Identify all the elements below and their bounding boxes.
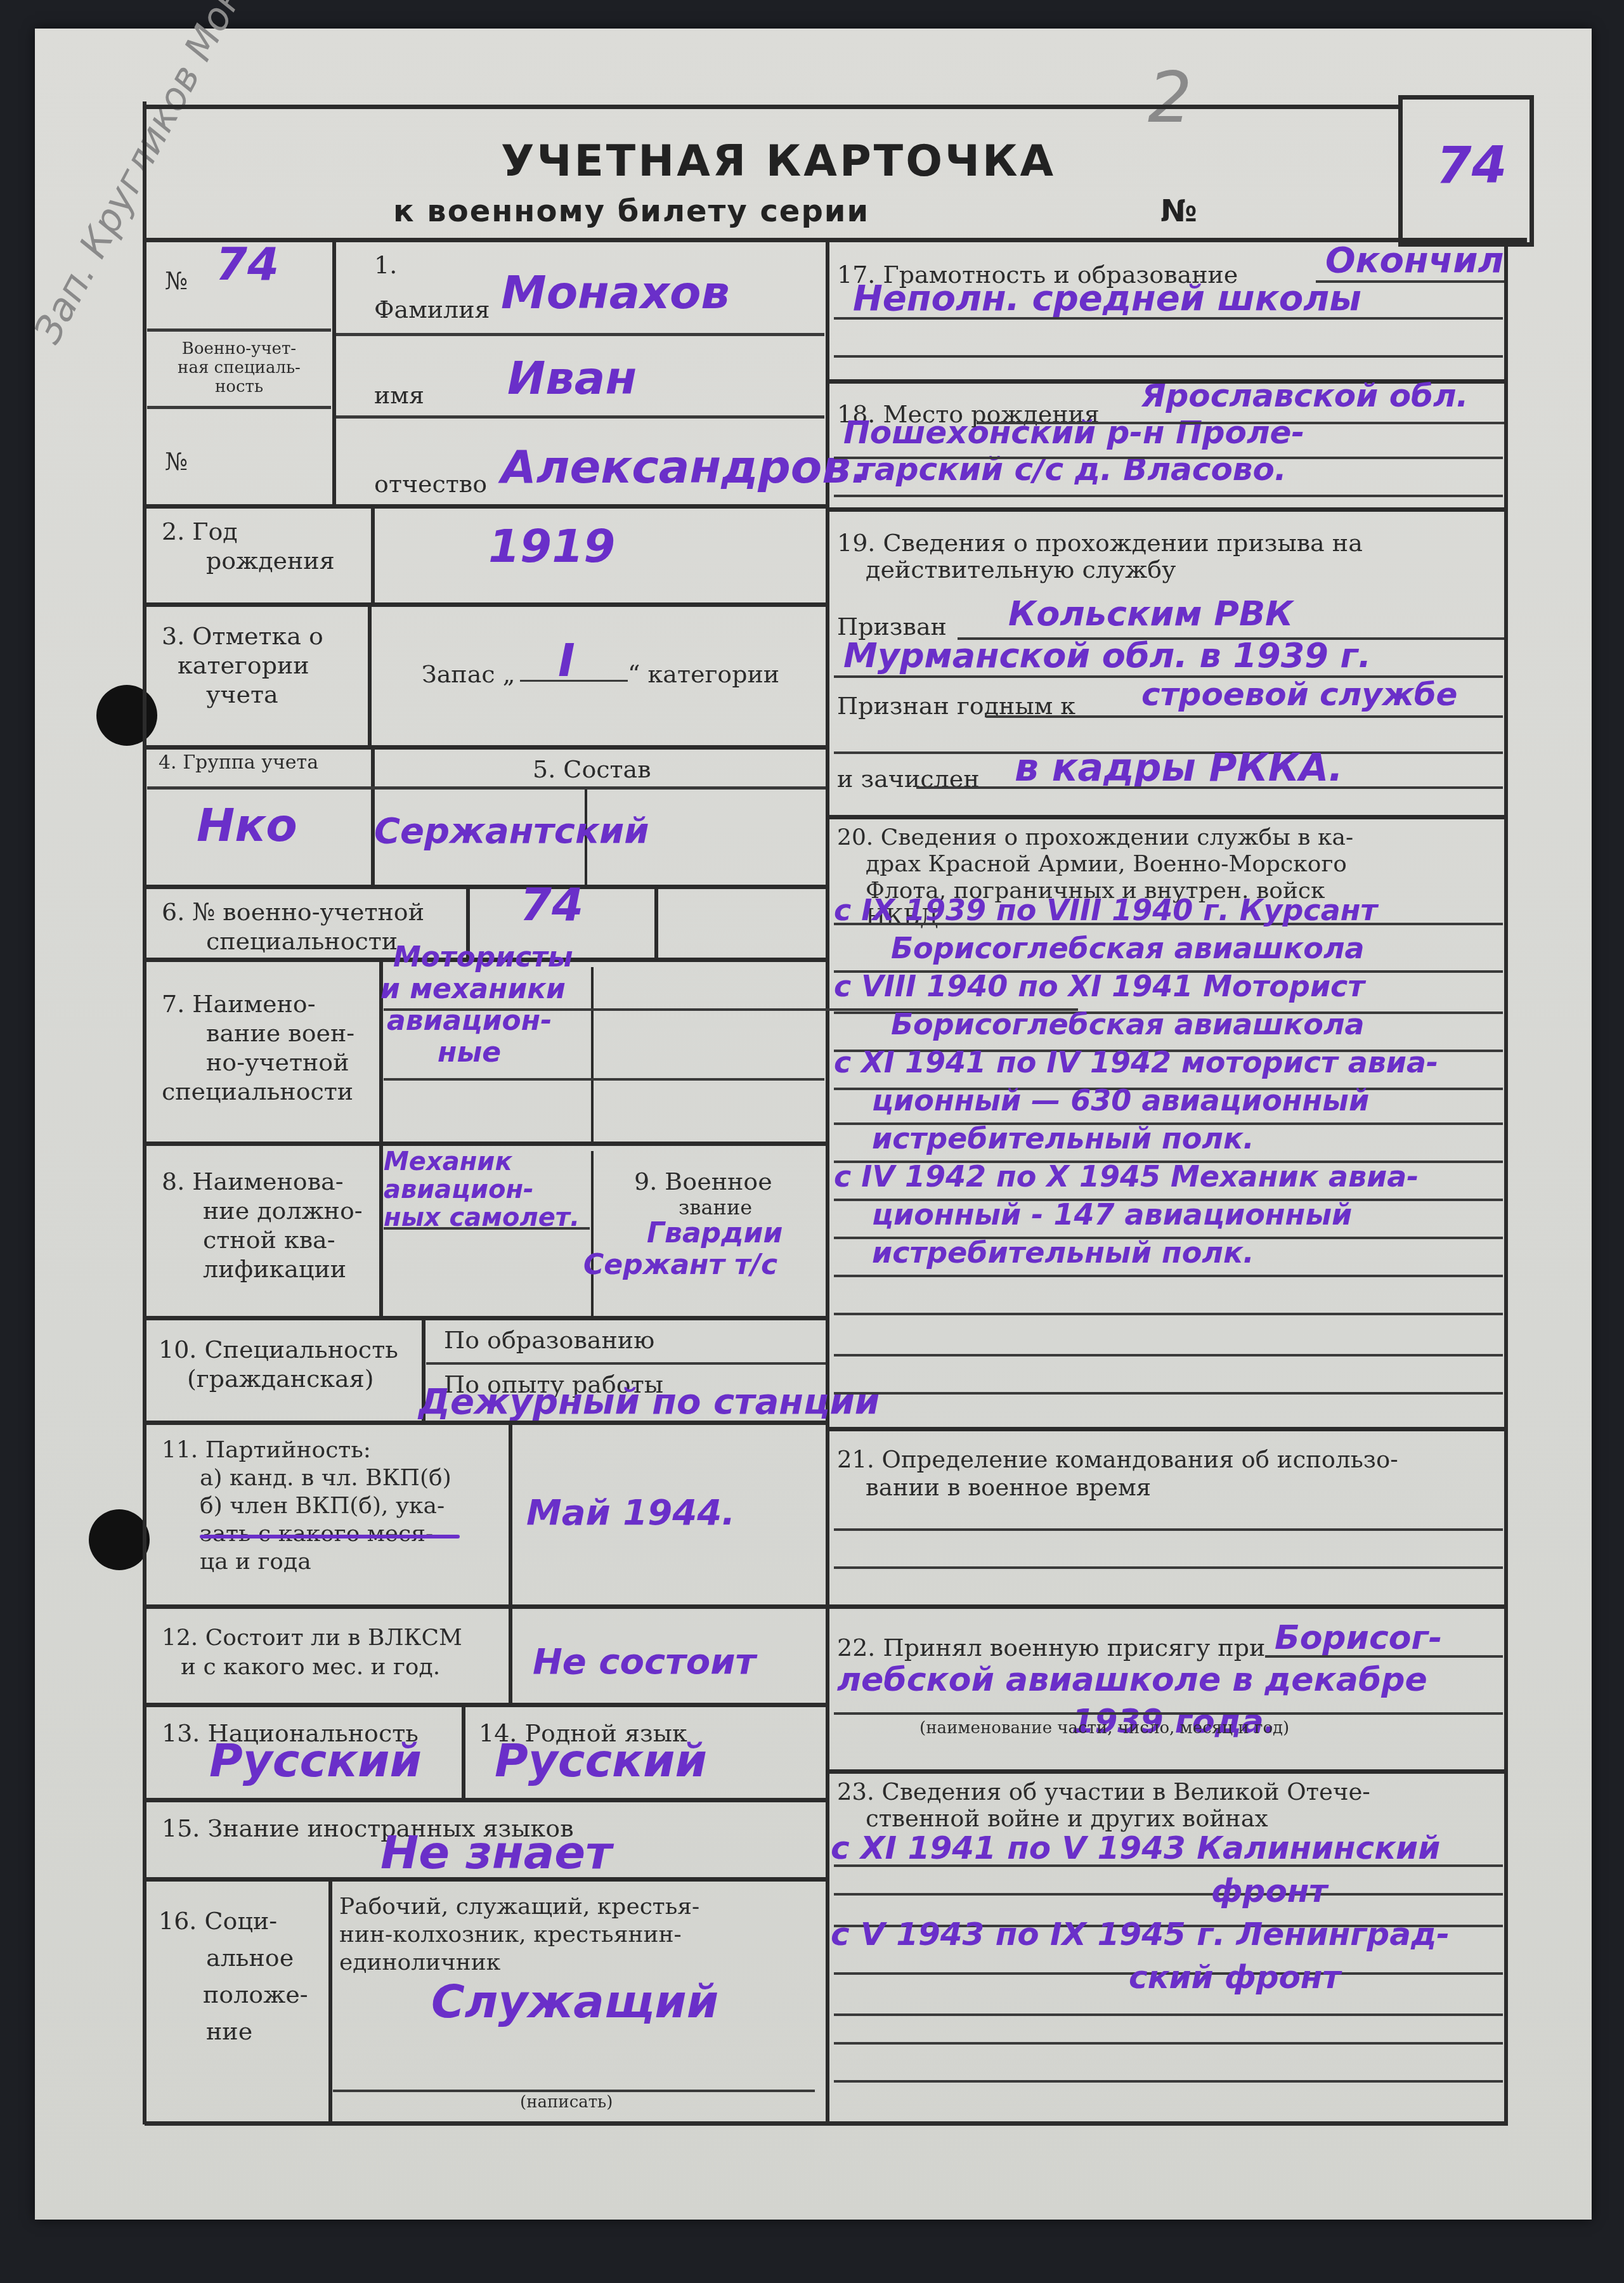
f19-line-1 [958, 637, 1504, 640]
f7-value: Мотористы и механики авиацион- ные [380, 942, 573, 1069]
godnym-value: строевой службе [1141, 679, 1458, 710]
row16-divider [328, 1880, 332, 2121]
kategorii-label: “ категории [628, 660, 779, 689]
f20-line-11 [834, 1313, 1503, 1315]
f20-line-10 [834, 1275, 1503, 1277]
row11-divider [509, 1424, 512, 1604]
f18-line-2 [834, 457, 1503, 459]
f5-value: Сержантский [374, 812, 649, 851]
name-line [336, 415, 824, 419]
f16-options: Рабочий, служащий, крестья- нин-колхозни… [339, 1893, 699, 1977]
f4-label: 4. Группа учета [159, 751, 318, 774]
row7-line-2 [384, 1078, 824, 1081]
row3-bottom-line [145, 745, 827, 750]
service-entry: с XI 1941 по IV 1942 моторист авиа- [834, 1043, 1438, 1081]
f22-hint: (наименование части, число, месяц и год) [919, 1719, 1289, 1738]
f21-label: 21. Определение командования об использо… [837, 1446, 1398, 1502]
column-divider [826, 241, 829, 2124]
f17-value-2: Неполн. средней школы [853, 279, 1361, 318]
row10-bottom-line [145, 1421, 827, 1425]
f23-label: 23. Сведения об участии в Великой Отече-… [837, 1779, 1370, 1832]
f2-value: 1919 [488, 526, 615, 566]
f19-bottom-line [829, 815, 1504, 819]
f12-label: 12. Состоит ли в ВЛКСМ и с какого мес. и… [162, 1623, 462, 1682]
punch-hole-top [96, 685, 157, 746]
member-underline [200, 1535, 460, 1538]
f1-num: 1. [374, 250, 397, 280]
row9-bottom-line [145, 1316, 827, 1320]
pencil-top-mark: 2 [1148, 57, 1192, 138]
war-entry: с XI 1941 по V 1943 Калининский [831, 1826, 1450, 1870]
card-subtitle: к военному билету серии [393, 193, 869, 229]
frame-bottom-line [145, 2121, 1508, 2126]
f-no-value: 74 [216, 244, 279, 283]
row10-mid-line [426, 1362, 826, 1365]
f6-value: 74 [520, 885, 583, 924]
f21-line-2 [834, 1566, 1503, 1569]
row14-bottom-line [145, 1798, 827, 1802]
row11-bottom-line [145, 1604, 827, 1609]
service-entry: ционный — 630 авиационный [834, 1081, 1438, 1119]
f16-hint: (написать) [520, 2093, 613, 2112]
f23-entries: с XI 1941 по V 1943 Калининский фронт с … [831, 1826, 1450, 1999]
row3-divider [368, 606, 372, 745]
service-entry: с IV 1942 по X 1945 Механик авиа- [834, 1157, 1438, 1195]
f21-line-1 [834, 1528, 1503, 1531]
service-entry: Борисоглебская авиашкола [834, 929, 1438, 967]
frame-right [1504, 241, 1508, 2124]
row8-divider [379, 1145, 383, 1316]
row2-divider [371, 507, 375, 602]
f17-line-3 [834, 355, 1503, 358]
row12-bottom-line [145, 1703, 827, 1707]
row5-bottom-line [145, 885, 827, 889]
service-entry: истребительный полк. [834, 1119, 1438, 1157]
f10-value: Дежурный по станции [419, 1382, 880, 1422]
f9-value: Гвардии Сержант т/с [583, 1218, 783, 1281]
f15-value: Не знает [380, 1833, 612, 1872]
f8-value: Механик авиацион- ных самолет. [384, 1148, 580, 1232]
f4-value: Нко [197, 805, 297, 845]
f-no-label: № [165, 266, 188, 296]
name-label: имя [374, 380, 424, 410]
row2-bottom-line [145, 602, 827, 607]
row7-bottom-line [145, 1141, 827, 1146]
surname-label: Фамилия [374, 295, 490, 324]
f20-line-12 [834, 1354, 1503, 1356]
f18-line-1 [977, 422, 1504, 424]
name-value: Иван [507, 358, 637, 398]
f13-value: Русский [209, 1741, 422, 1780]
prizvan-value: Кольским РВК Мурманской обл. в 1939 г. [837, 593, 1371, 677]
f-no2-label: № [165, 447, 188, 476]
by-education-label: По образованию [444, 1325, 654, 1355]
f16-value-line [333, 2090, 815, 2092]
f3-value: I [558, 641, 575, 680]
war-entry: фронт [831, 1870, 1450, 1913]
f2-label: 2. Год рождения [162, 517, 335, 575]
patronymic-value: Александров. [501, 447, 868, 486]
zachislen-label: и зачислен [837, 764, 979, 793]
war-entry: с V 1943 по IX 1945 г. Ленинград- [831, 1913, 1450, 1956]
f23-line-6 [834, 2042, 1503, 2045]
f23-line-7 [834, 2080, 1503, 2083]
zachislen-value: в кадры РККА. [1015, 748, 1343, 788]
row4-header-line [147, 786, 826, 790]
f7-label: 7. Наимено- вание воен- но-учетной специ… [162, 989, 354, 1106]
surname-value: Монахов [501, 273, 730, 312]
box-number-value: 74 [1436, 146, 1507, 185]
f12-value: Не состоит [533, 1642, 756, 1682]
war-entry: ский фронт [831, 1956, 1450, 1999]
punch-hole-bottom [89, 1509, 150, 1570]
f20-line-13 [834, 1392, 1503, 1395]
patronymic-label: отчество [374, 469, 487, 498]
vus-top-line [147, 328, 331, 332]
f19-label: 19. Сведения о прохождении призыва на де… [837, 530, 1363, 583]
row6-divider-b [654, 888, 658, 958]
f22-line-2 [834, 1712, 1503, 1715]
frame-left [143, 101, 146, 2124]
f18-line-3 [834, 495, 1503, 497]
f22-bottom-line [829, 1769, 1504, 1774]
service-entry: ционный - 147 авиационный [834, 1195, 1438, 1233]
f16-value: Служащий [431, 1982, 718, 2021]
f17-value-1: Окончил [1325, 241, 1504, 280]
f18-value: Ярославской обл. Пошехонский р-н Проле- … [831, 377, 1469, 488]
f14-value: Русский [495, 1741, 707, 1780]
f9-label: 9. Военное звание [634, 1167, 772, 1219]
f21-top-line [829, 1427, 1504, 1431]
row1-subdivider [332, 241, 336, 504]
number-sign: № [1160, 193, 1199, 229]
row7-divider-b [591, 967, 594, 1141]
zapas-label: Запас „ [422, 660, 515, 689]
f19-line-5 [916, 786, 1503, 789]
f22-line-1 [1265, 1655, 1503, 1658]
f16-label: 16. Соци- альное положе- ние [159, 1902, 308, 2050]
f19-line-3 [986, 715, 1503, 718]
row12-divider [509, 1608, 512, 1703]
f5-label: 5. Состав [533, 755, 651, 784]
f23-line-5 [834, 2013, 1503, 2016]
f18-bottom-line [829, 507, 1504, 512]
row1-bottom-line [145, 504, 827, 509]
vus-label: Военно-учет- ная специаль- ность [147, 339, 331, 396]
f8-label: 8. Наименова- ние должно- стной ква- лиф… [162, 1167, 363, 1284]
f3-label: 3. Отметка о категории учета [162, 621, 323, 709]
surname-line [336, 333, 824, 336]
service-entry: с VIII 1940 по XI 1941 Моторист [834, 967, 1438, 1005]
f11-label: 11. Партийность: а) канд. в чл. ВКП(б) б… [162, 1436, 451, 1576]
f21-bottom-line [829, 1604, 1504, 1609]
card-title: УЧЕТНАЯ КАРТОЧКА [501, 136, 1056, 186]
row13-divider [462, 1706, 465, 1798]
header-bottom-line [145, 238, 1527, 242]
f20-entries: с IX 1939 по VIII 1940 г. Курсант Борисо… [834, 891, 1438, 1272]
f17-line-2 [834, 317, 1503, 320]
frame-top-line [145, 105, 1400, 109]
service-entry: истребительный полк. [834, 1233, 1438, 1272]
service-entry: Борисоглебская авиашкола [834, 1005, 1438, 1043]
f11-value: Май 1944. [526, 1493, 735, 1533]
row15-bottom-line [145, 1877, 827, 1882]
f10-label: 10. Специальность (гражданская) [159, 1335, 398, 1393]
vus-bottom-line [147, 406, 331, 409]
service-entry: с IX 1939 по VIII 1940 г. Курсант [834, 891, 1438, 929]
